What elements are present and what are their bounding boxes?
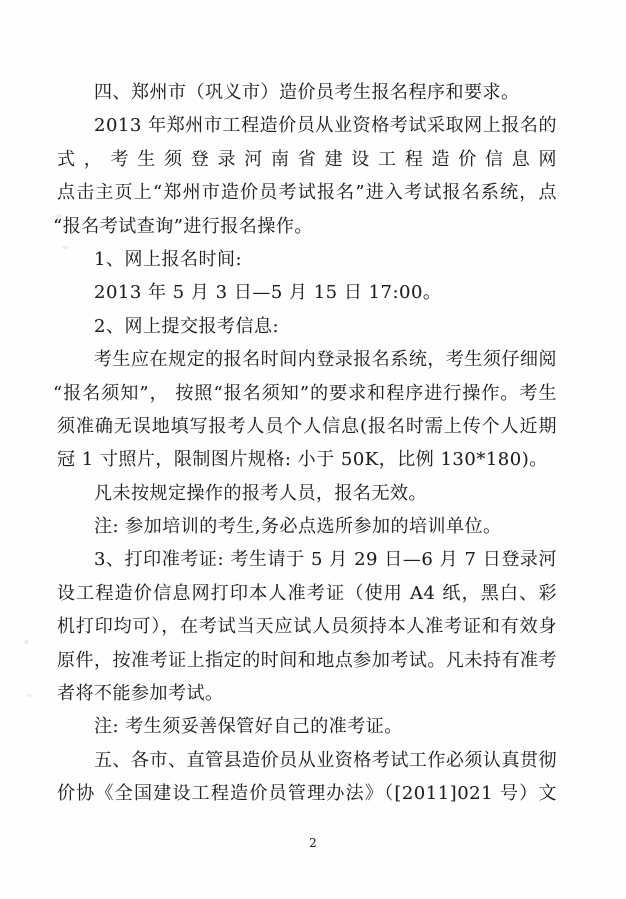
- text-line: 者将不能参加考试。: [57, 677, 557, 710]
- item-2-heading: 2、网上提交报考信息:: [57, 310, 557, 343]
- item-1-heading: 1、网上报名时间:: [57, 243, 557, 276]
- text-line: 价协《全国建设工程造价员管理办法》（[2011]021 号）文件精神，: [57, 777, 557, 810]
- section-4-heading: 四、郑州市（巩义市）造价员考生报名程序和要求。: [57, 76, 557, 109]
- item-3-heading: 3、打印准考证: 考生请于 5 月 29 日—6 月 7 日登录河南省建: [57, 543, 557, 576]
- section-5-heading: 五、各市、直管县造价员从业资格考试工作必须认真贯彻中: [57, 744, 557, 777]
- text-line: “报名考试查询”进行报名操作。: [53, 210, 557, 243]
- note-line: 注: 参加培训的考生,务必点选所参加的培训单位。: [57, 510, 557, 543]
- text-block: 四、郑州市（巩义市）造价员考生报名程序和要求。 2013 年郑州市工程造价员从业…: [57, 76, 557, 811]
- text-line: 原件，按准考证上指定的时间和地点参加考试。凡未持有准考证: [57, 644, 557, 677]
- note-line: 注: 考生须妥善保管好自己的准考证。: [57, 710, 557, 743]
- text-line: “报名须知”， 按照“报名须知”的要求和程序进行操作。考生: [53, 377, 557, 410]
- text-line: 设工程造价信息网打印本人准考证（使用 A4 纸，黑白、彩色打印: [57, 577, 557, 610]
- text-line: 凡未按规定操作的报考人员，报名无效。: [57, 477, 557, 510]
- text-line: 冠 1 寸照片，限制图片规格: 小于 50K，比例 130*180)。: [57, 443, 557, 476]
- text-line: 2013 年 5 月 3 日—5 月 15 日 17:00。: [57, 276, 557, 309]
- text-line: 式，考生须登录河南省建设工程造价信息网（www.hncost.com）: [57, 143, 557, 176]
- text-line: 2013 年郑州市工程造价员从业资格考试采取网上报名的方: [57, 109, 557, 142]
- text-line: 考生应在规定的报名时间内登录报名系统，考生须仔细阅读: [57, 343, 557, 376]
- text-line: 机打印均可），在考试当天应试人员须持本人准考证和有效身份证: [57, 610, 557, 643]
- text-line: 点击主页上“郑州市造价员考试报名”进入考试报名系统，点选: [57, 176, 557, 209]
- document-page: 四、郑州市（巩义市）造价员考生报名程序和要求。 2013 年郑州市工程造价员从业…: [0, 0, 626, 899]
- scan-artifact: [24, 640, 29, 644]
- scan-artifact: [27, 694, 32, 697]
- text-line: 须准确无误地填写报考人员个人信息(报名时需上传个人近期免: [57, 410, 557, 443]
- page-number: 2: [0, 836, 626, 850]
